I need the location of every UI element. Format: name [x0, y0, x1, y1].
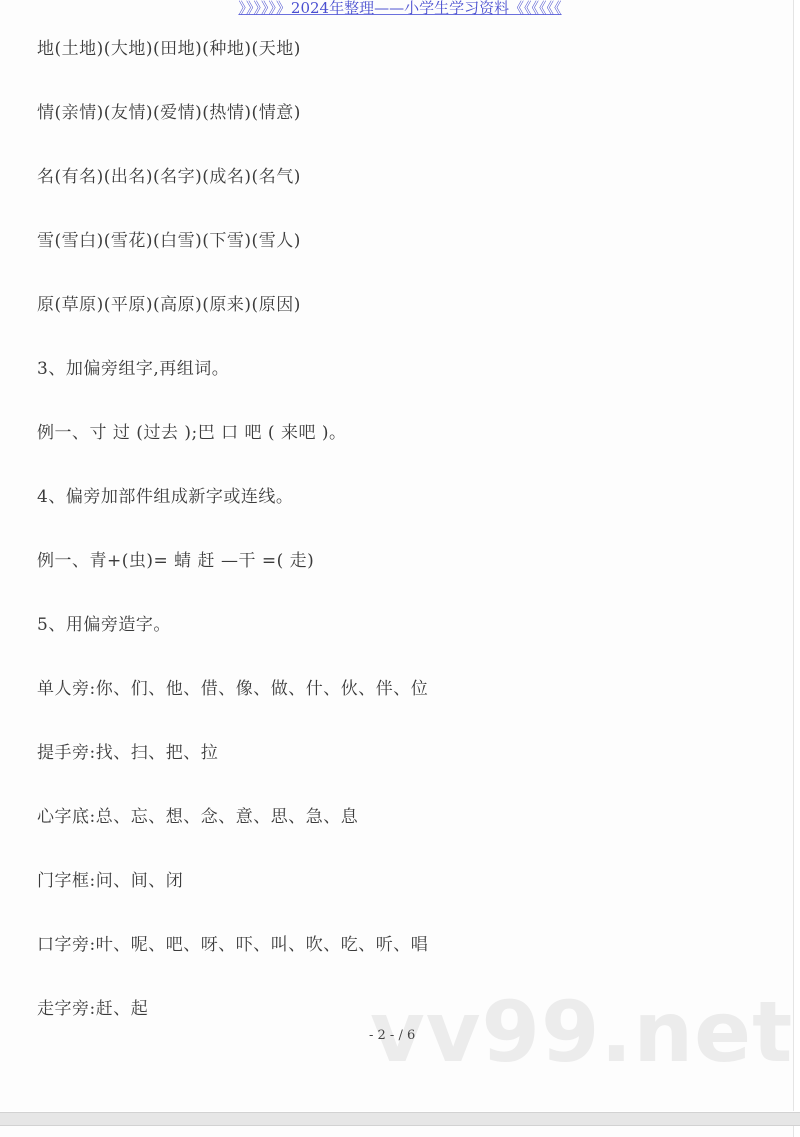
radical-line: 口字旁:叶、呢、吧、呀、吓、叫、吹、吃、听、唱 — [37, 934, 428, 956]
text-line: 名(有名)(出名)(名字)(成名)(名气) — [37, 166, 301, 188]
radical-line: 走字旁:赶、起 — [37, 998, 148, 1020]
radical-line: 单人旁:你、们、他、借、像、做、什、伙、伴、位 — [37, 678, 428, 700]
section-heading: 4、偏旁加部件组成新字或连线。 — [37, 486, 293, 508]
page-header: 》》》》》》2024年整理——小学生学习资料《《《《《《 — [0, 0, 800, 16]
section-heading: 3、加偏旁组字,再组词。 — [37, 358, 229, 380]
text-line: 地(土地)(大地)(田地)(种地)(天地) — [37, 38, 301, 60]
radical-line: 心字底:总、忘、想、念、意、思、急、息 — [37, 806, 358, 828]
radical-line: 门字框:问、间、闭 — [37, 870, 183, 892]
document-page: 》》》》》》2024年整理——小学生学习资料《《《《《《 地(土地)(大地)(田… — [0, 0, 794, 1111]
text-line: 雪(雪白)(雪花)(白雪)(下雪)(雪人) — [37, 230, 301, 252]
text-line: 原(草原)(平原)(高原)(原来)(原因) — [37, 294, 301, 316]
example-line: 例一、寸 过 (过去 );巴 口 吧 ( 来吧 )。 — [37, 422, 347, 444]
page-number: - 2 - / 6 — [369, 1028, 415, 1043]
section-heading: 5、用偏旁造字。 — [37, 614, 171, 636]
page-separator — [0, 1112, 800, 1126]
example-line: 例一、青+(虫)= 蜻 赶 —干 =( 走) — [37, 550, 314, 572]
radical-line: 提手旁:找、扫、把、拉 — [37, 742, 218, 764]
text-line: 情(亲情)(友情)(爱情)(热情)(情意) — [37, 102, 301, 124]
watermark: vv99.net — [370, 990, 793, 1074]
next-page-top — [0, 1126, 794, 1137]
header-text: 》》》》》》2024年整理——小学生学习资料《《《《《《 — [238, 0, 561, 17]
